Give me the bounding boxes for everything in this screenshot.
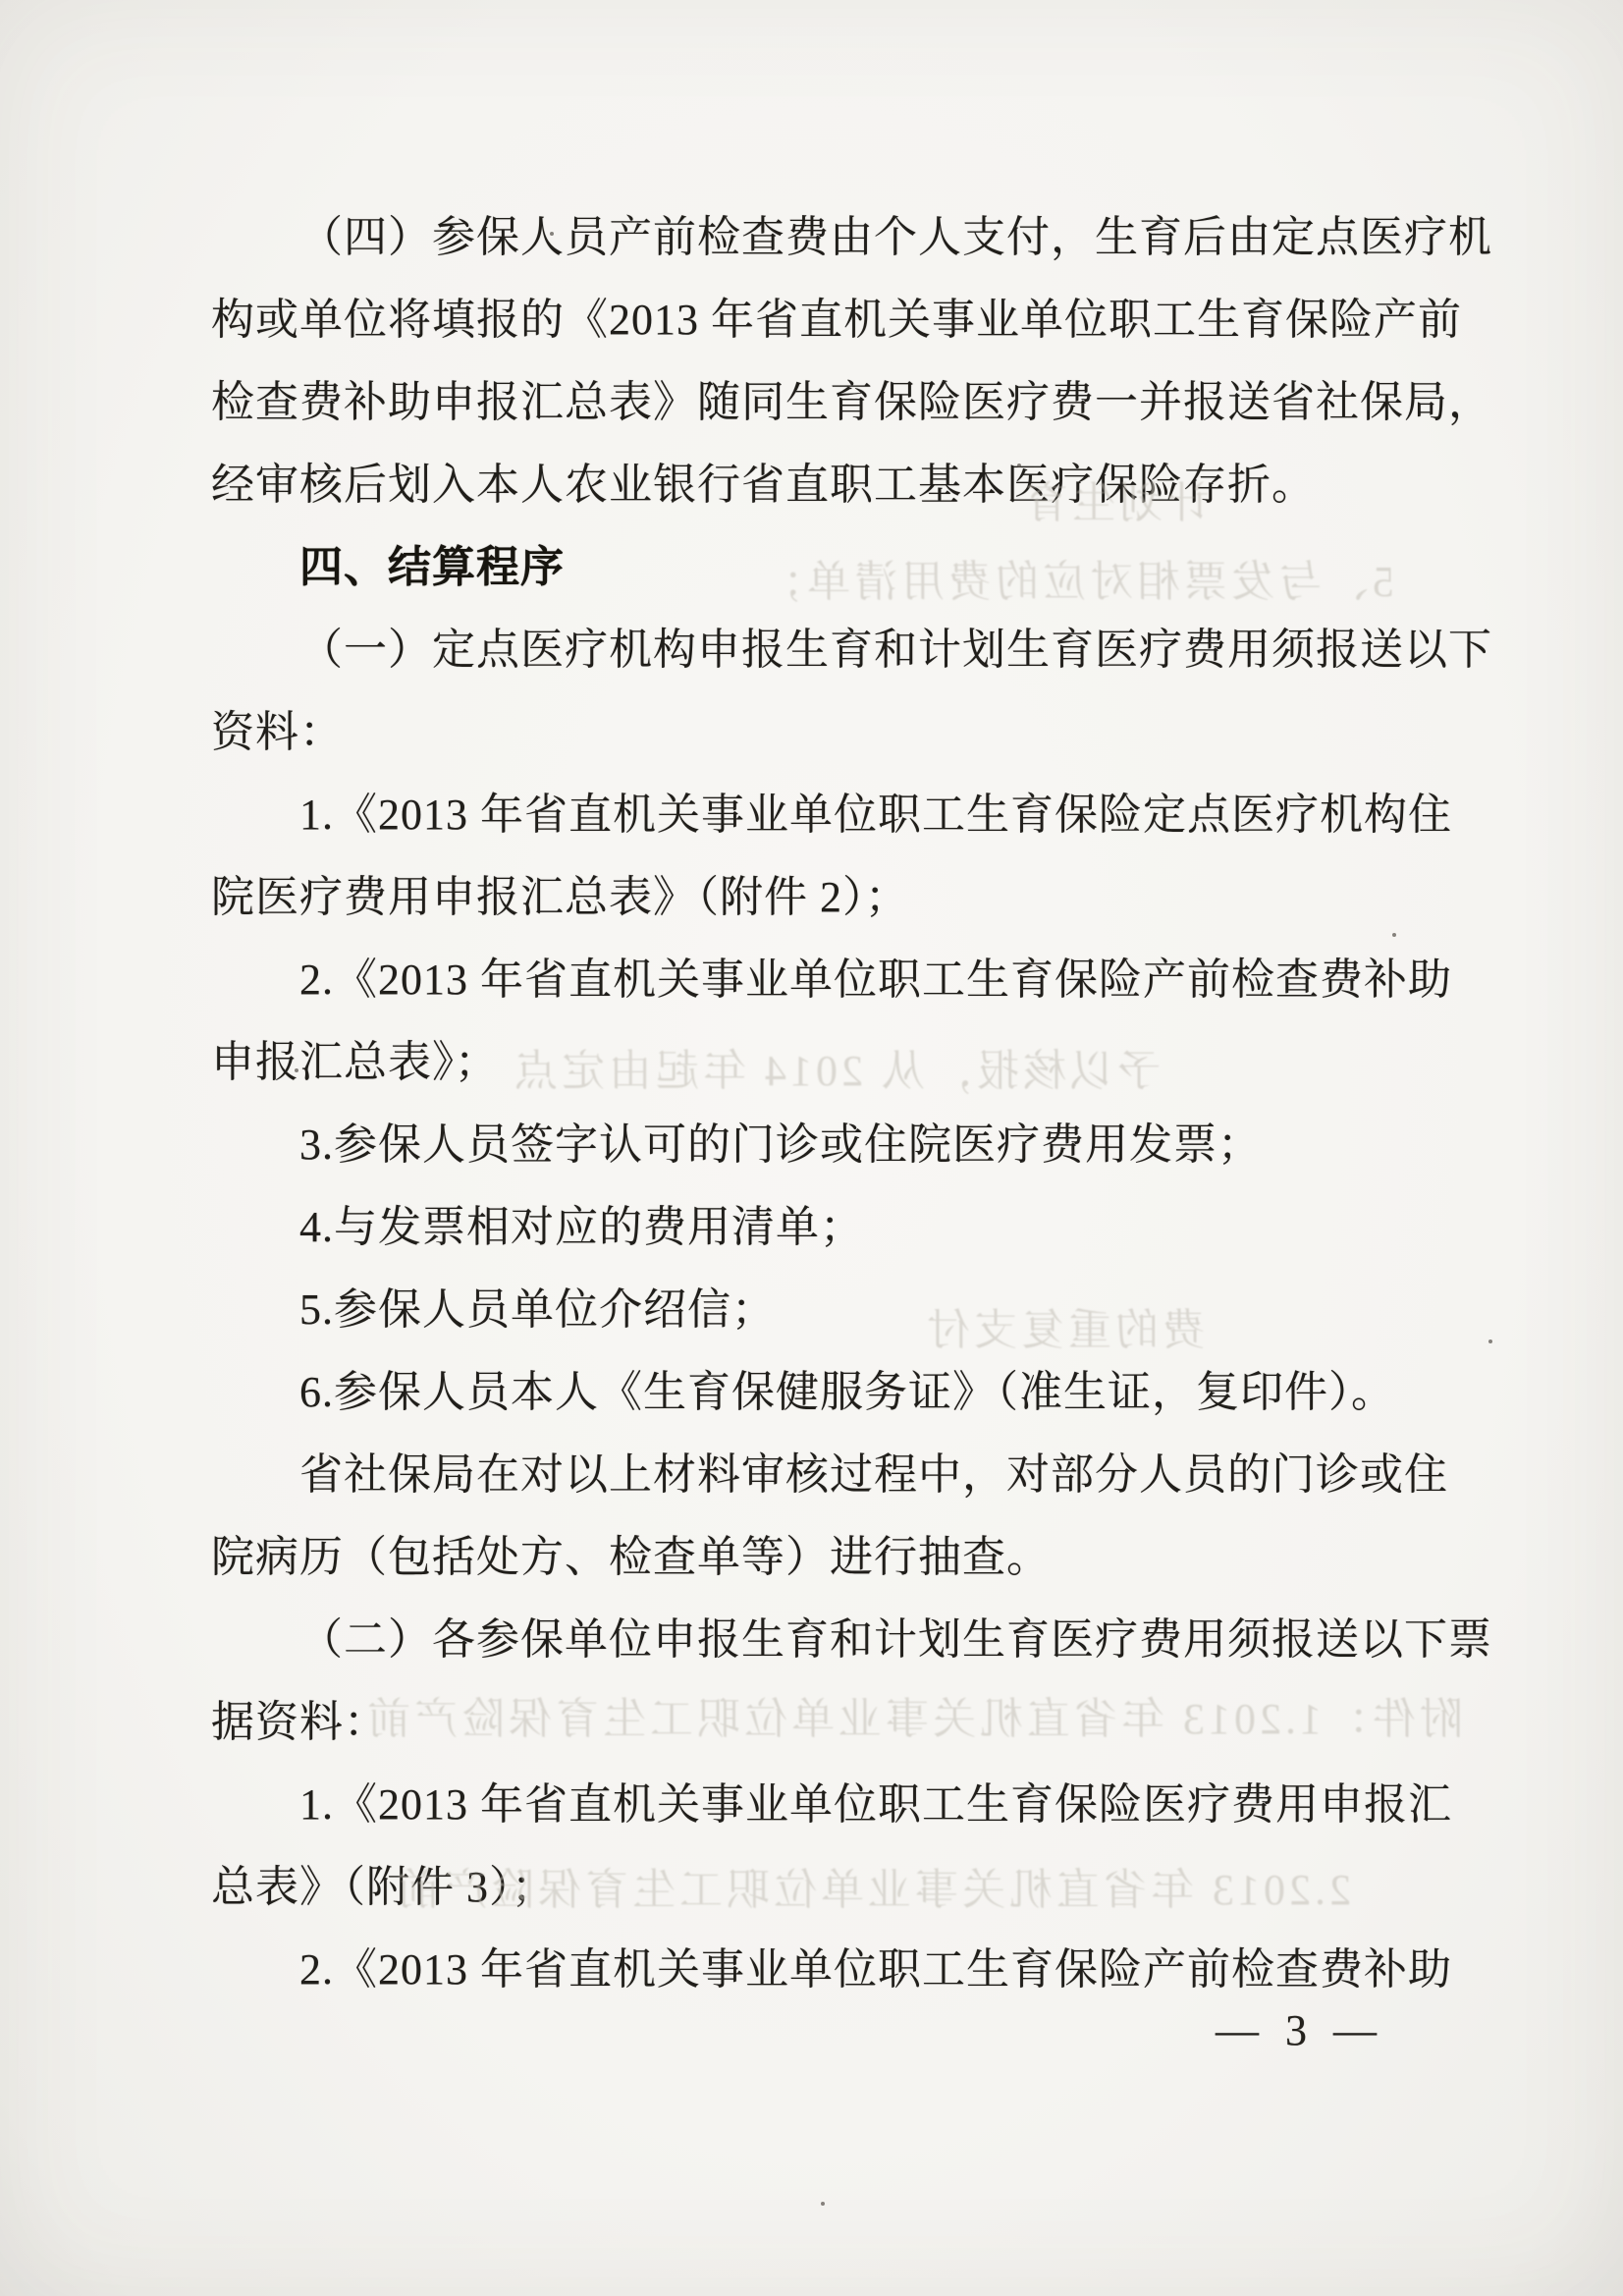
body-text-line: 资料：: [211, 691, 1505, 774]
body-text-line: 院病历（包括处方、检查单等）进行抽查。: [211, 1516, 1505, 1599]
bleedthrough-text: 计划生育: [1021, 467, 1210, 530]
bleedthrough-text: 费的重复支付: [923, 1294, 1206, 1357]
body-text-line: 2.《2013 年省直机关事业单位职工生育保险产前检查费补助: [211, 1929, 1505, 2011]
body-text-line: 省社保局在对以上材料审核过程中，对部分人员的门诊或住: [211, 1434, 1505, 1516]
body-text-line: 院医疗费用申报汇总表》（附件 2）；: [211, 856, 1505, 939]
body-text-line: （一）定点医疗机构申报生育和计划生育医疗费用须报送以下: [211, 609, 1505, 691]
bleedthrough-text: 予以核报，从 2014 年起由定点: [511, 1035, 1161, 1098]
page-number: — 3 —: [1216, 2005, 1384, 2055]
scan-speck: [1488, 1339, 1492, 1343]
body-text-line: 经审核后划入本人农业银行省直职工基本医疗保险存折。: [211, 444, 1505, 526]
bleedthrough-text: 附件：1.2013 年省直机关事业单位职工生育保险产前: [363, 1683, 1463, 1746]
document-body: （四）参保人员产前检查费由个人支付，生育后由定点医疗机构或单位将填报的《2013…: [0, 0, 1623, 2296]
body-text-line: 4.与发票相对应的费用清单；: [211, 1186, 1505, 1269]
body-text-line: 1.《2013 年省直机关事业单位职工生育保险定点医疗机构住: [211, 774, 1505, 856]
scanned-document-page: （四）参保人员产前检查费由个人支付，生育后由定点医疗机构或单位将填报的《2013…: [0, 0, 1623, 2296]
scan-speck: [550, 232, 554, 236]
body-text-line: 1.《2013 年省直机关事业单位职工生育保险医疗费用申报汇: [211, 1764, 1505, 1846]
scan-speck: [1017, 464, 1021, 467]
body-text-line: 6.参保人员本人《生育保健服务证》（准生证，复印件）。: [211, 1351, 1505, 1434]
scan-speck: [821, 2202, 825, 2206]
body-text-line: 检查费补助申报汇总表》随同生育保险医疗费一并报送省社保局，: [211, 361, 1505, 444]
scan-speck: [295, 1068, 298, 1072]
body-text-line: 3.参保人员签字认可的门诊或住院医疗费用发票；: [211, 1104, 1505, 1186]
body-text-line: 2.《2013 年省直机关事业单位职工生育保险产前检查费补助: [211, 939, 1505, 1021]
body-text-line: （二）各参保单位申报生育和计划生育医疗费用须报送以下票: [211, 1599, 1505, 1681]
bleedthrough-text: 5、与发票相对应的费用清单；: [756, 546, 1394, 609]
scan-speck: [1392, 933, 1396, 937]
body-text-line: 构或单位将填报的《2013 年省直机关事业单位职工生育保险产前: [211, 279, 1505, 361]
body-text-line: （四）参保人员产前检查费由个人支付，生育后由定点医疗机: [211, 196, 1505, 279]
body-text-line: 5.参保人员单位介绍信；: [211, 1269, 1505, 1351]
bleedthrough-text: 2.2013 年省直机关事业单位职工生育保险产前: [393, 1854, 1351, 1917]
